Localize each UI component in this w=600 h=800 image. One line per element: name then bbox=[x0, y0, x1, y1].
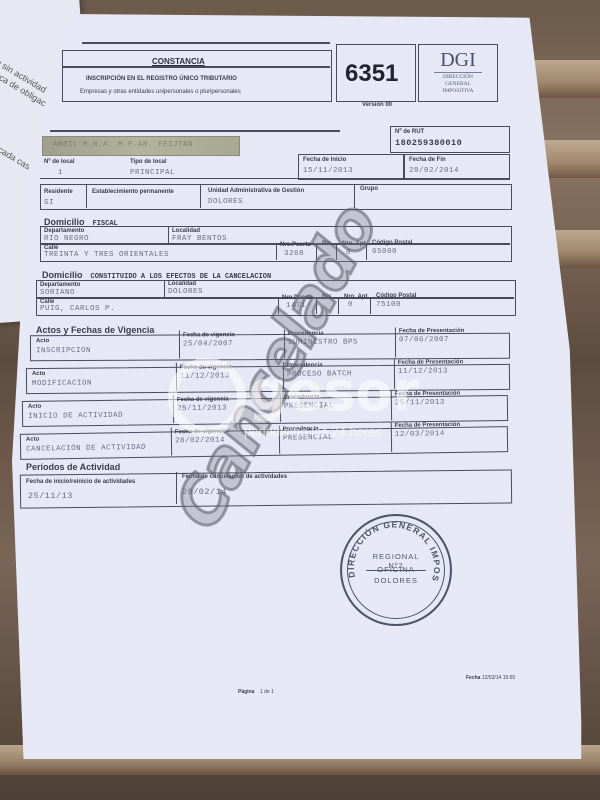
cancellation-department-value: SORIANO bbox=[40, 289, 75, 297]
fiscal-department-label: Departamento bbox=[44, 228, 84, 234]
presentation-date-label: Fecha de Presentación bbox=[399, 328, 464, 334]
cancellation-department-label: Departamento bbox=[40, 282, 80, 288]
official-stamp: DIRECCIÓN GENERAL IMPOSITIVA REGIONAL Nº… bbox=[340, 514, 452, 626]
form-number: 6351 bbox=[345, 60, 398, 88]
page-label: Página bbox=[238, 689, 254, 695]
dgi-logo: DGI DIRECCIÓN GENERAL IMPOSITIVA bbox=[420, 50, 496, 95]
cancellation-locality-value: DOLORES bbox=[168, 288, 203, 296]
cancellation-address-divider bbox=[164, 280, 165, 297]
header-divider bbox=[62, 66, 330, 68]
group-label: Grupo bbox=[360, 186, 378, 192]
document-title: CONSTANCIA bbox=[152, 57, 205, 66]
dgi-logo-line: IMPOSITIVA bbox=[420, 88, 496, 95]
activity-periods-heading: Períodos de Actividad bbox=[26, 462, 120, 472]
resident-label: Residente bbox=[44, 189, 73, 195]
rut-label: Nº de RUT bbox=[395, 129, 424, 135]
activity-start-label: Fecha de inicio/reinicio de actividades bbox=[26, 479, 135, 485]
resident-value: SI bbox=[44, 199, 54, 207]
end-date-value: 28/02/2014 bbox=[409, 167, 459, 175]
redacted-name-text: ABRIL M.R.A. M.F.AN. FEIJTAN bbox=[53, 141, 193, 149]
validity-date-value: 25/04/2007 bbox=[183, 340, 233, 348]
residence-divider bbox=[200, 184, 201, 208]
act-label: Acto bbox=[36, 338, 49, 344]
document-subtitle: INSCRIPCIÓN EN EL REGISTRO ÚNICO TRIBUTA… bbox=[86, 76, 237, 82]
cancellation-street-value: PUIG, CARLOS P. bbox=[40, 305, 115, 313]
act-value: MODIFICACION bbox=[32, 380, 92, 389]
act-label: Acto bbox=[28, 404, 41, 410]
local-type-label: Tipo de local bbox=[130, 159, 167, 165]
document: CONSTANCIA INSCRIPCIÓN EN EL REGISTRO ÚN… bbox=[0, 0, 600, 800]
id-rule bbox=[50, 130, 340, 132]
presentation-date-value: 07/06/2007 bbox=[399, 336, 449, 344]
brand-slogan-watermark: periodismo las 24 horas bbox=[244, 424, 382, 439]
residence-divider bbox=[86, 184, 87, 208]
print-date: Fecha 12/03/14 15:55 bbox=[466, 675, 515, 681]
admin-unit-label: Unidad Administrativa de Gestión bbox=[208, 188, 304, 194]
fiscal-locality-label: Localidad bbox=[172, 228, 200, 234]
form-version: Versión 00 bbox=[362, 102, 392, 108]
local-number-value: 1 bbox=[58, 169, 63, 177]
fiscal-department-value: RIO NEGRO bbox=[44, 235, 89, 243]
start-date-value: 15/11/2013 bbox=[303, 167, 353, 175]
cancellation-address-label: Domicilio bbox=[42, 270, 83, 280]
cancellation-postal-value: 75100 bbox=[376, 301, 401, 309]
fiscal-locality-value: FRAY BENTOS bbox=[172, 235, 227, 243]
stamp-line-2: OFICINA bbox=[342, 565, 450, 574]
residence-divider bbox=[354, 184, 355, 208]
brand-watermark-icon bbox=[168, 358, 246, 436]
fiscal-address-divider bbox=[40, 243, 510, 245]
acts-heading: Actos y Fechas de Vigencia bbox=[36, 325, 154, 335]
dgi-logo-acronym: DGI bbox=[420, 50, 496, 70]
validity-date-label: Fecha de vigencia bbox=[183, 332, 235, 338]
admin-unit-value: DOLORES bbox=[208, 198, 243, 206]
activity-start-value: 25/11/13 bbox=[28, 491, 73, 501]
dgi-logo-line: DIRECCIÓN bbox=[420, 74, 496, 81]
fiscal-street-value: TREINTA Y TRES ORIENTALES bbox=[44, 251, 169, 259]
fiscal-number-divider bbox=[276, 243, 277, 260]
cancellation-locality-label: Localidad bbox=[168, 281, 196, 287]
print-date-label: Fecha bbox=[466, 675, 480, 681]
brand-watermark: gesor bbox=[248, 360, 419, 423]
start-date-label: Fecha de Inicio bbox=[303, 157, 346, 163]
rut-value: 180259380010 bbox=[395, 138, 462, 148]
cancellation-postal-divider bbox=[370, 297, 371, 314]
dgi-logo-line: GENERAL bbox=[420, 81, 496, 88]
cancellation-postal-label: Código Postal bbox=[376, 293, 416, 299]
document-subtitle-2: Empresas y otras entidades unipersonales… bbox=[80, 89, 241, 95]
act-value: INSCRIPCION bbox=[36, 347, 91, 355]
act-label: Acto bbox=[26, 437, 39, 443]
local-number-label: Nº de local bbox=[44, 159, 75, 165]
local-type-value: PRINCIPAL bbox=[130, 169, 175, 177]
act-label: Acto bbox=[32, 371, 45, 377]
redacted-name: ABRIL M.R.A. M.F.AN. FEIJTAN bbox=[42, 136, 240, 156]
page-value: 1 de 1 bbox=[260, 689, 274, 695]
stamp-line-3: DOLORES bbox=[342, 576, 450, 585]
end-date-label: Fecha de Fin bbox=[409, 157, 446, 163]
presentation-date-value: 12/03/2014 bbox=[395, 430, 445, 439]
print-date-value: 12/03/14 15:55 bbox=[482, 675, 515, 681]
header-top-rule bbox=[82, 42, 330, 44]
act-value: INICIO DE ACTIVIDAD bbox=[28, 412, 123, 421]
permanent-establishment-label: Establecimiento permanente bbox=[92, 189, 174, 195]
fiscal-address-divider bbox=[168, 226, 169, 243]
page-number: Página 1 de 1 bbox=[238, 689, 274, 695]
